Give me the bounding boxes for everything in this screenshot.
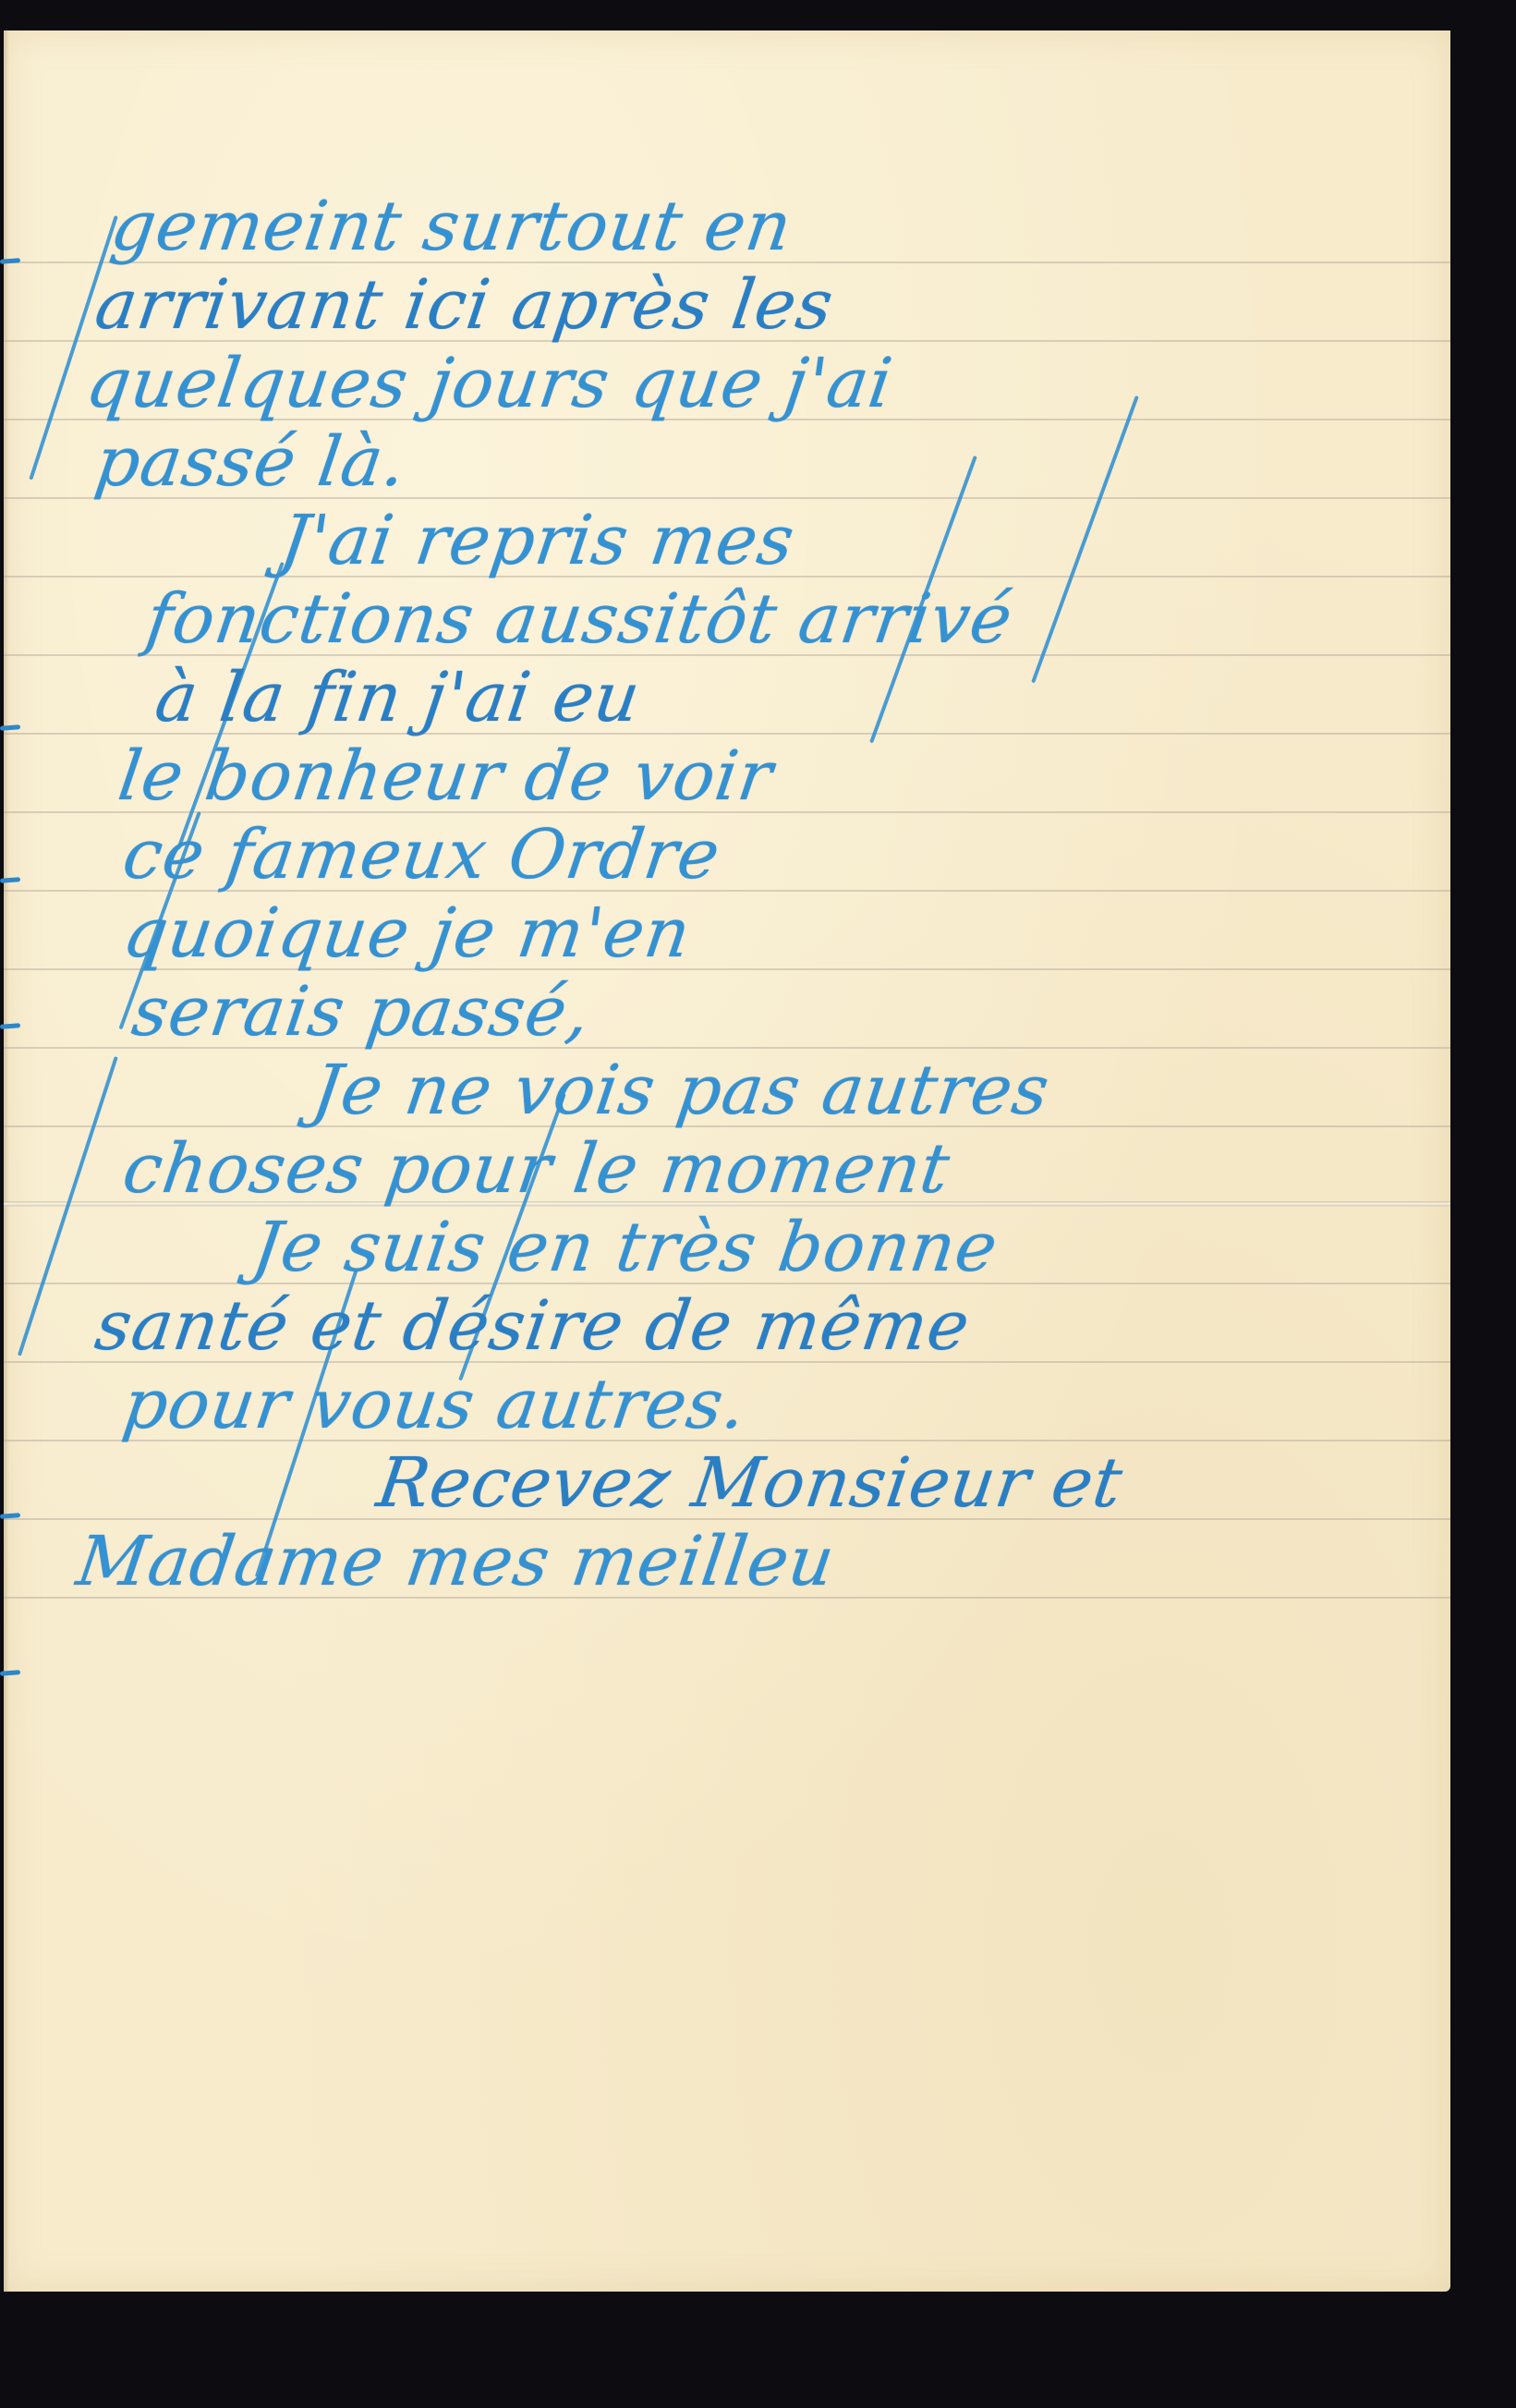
letter-line: quelques jours que j'ai [82,349,897,418]
margin-ink-mark [0,877,20,883]
descender-stroke [1031,395,1139,683]
letter-line: fonctions aussitôt arrivé [142,585,1017,653]
letter-line: le bonheur de voir [115,742,777,810]
letter-line: arrivant ici après les [91,271,838,339]
letter-page: gemeint surtout en arrivant ici après le… [4,30,1450,2292]
letter-line: à la fin j'ai eu [152,663,645,732]
letter-line: Recevez Monsieur et [373,1449,1127,1517]
margin-ink-mark [0,1670,20,1676]
letter-line: Je suis en très bonne [249,1213,1002,1282]
letter-line: serais passé, [128,978,595,1046]
letter-line: choses pour le moment [119,1135,954,1203]
margin-ink-mark [0,1023,20,1029]
letter-line: ce fameux Ordre [119,821,724,889]
letter-line: santé et désire de même [91,1292,974,1360]
letter-line: pour vous autres. [119,1370,751,1439]
letter-line: gemeint surtout en [107,192,796,261]
page-left-edge [4,30,9,2292]
letter-line: Madame mes meilleu [73,1527,839,1596]
letter-line: quoique je m'en [119,899,695,967]
letter-line: J'ai repris mes [276,506,799,575]
margin-ink-mark [0,724,20,731]
letter-line: passé là. [91,428,410,496]
letter-line: Je ne vois pas autres [309,1056,1054,1125]
